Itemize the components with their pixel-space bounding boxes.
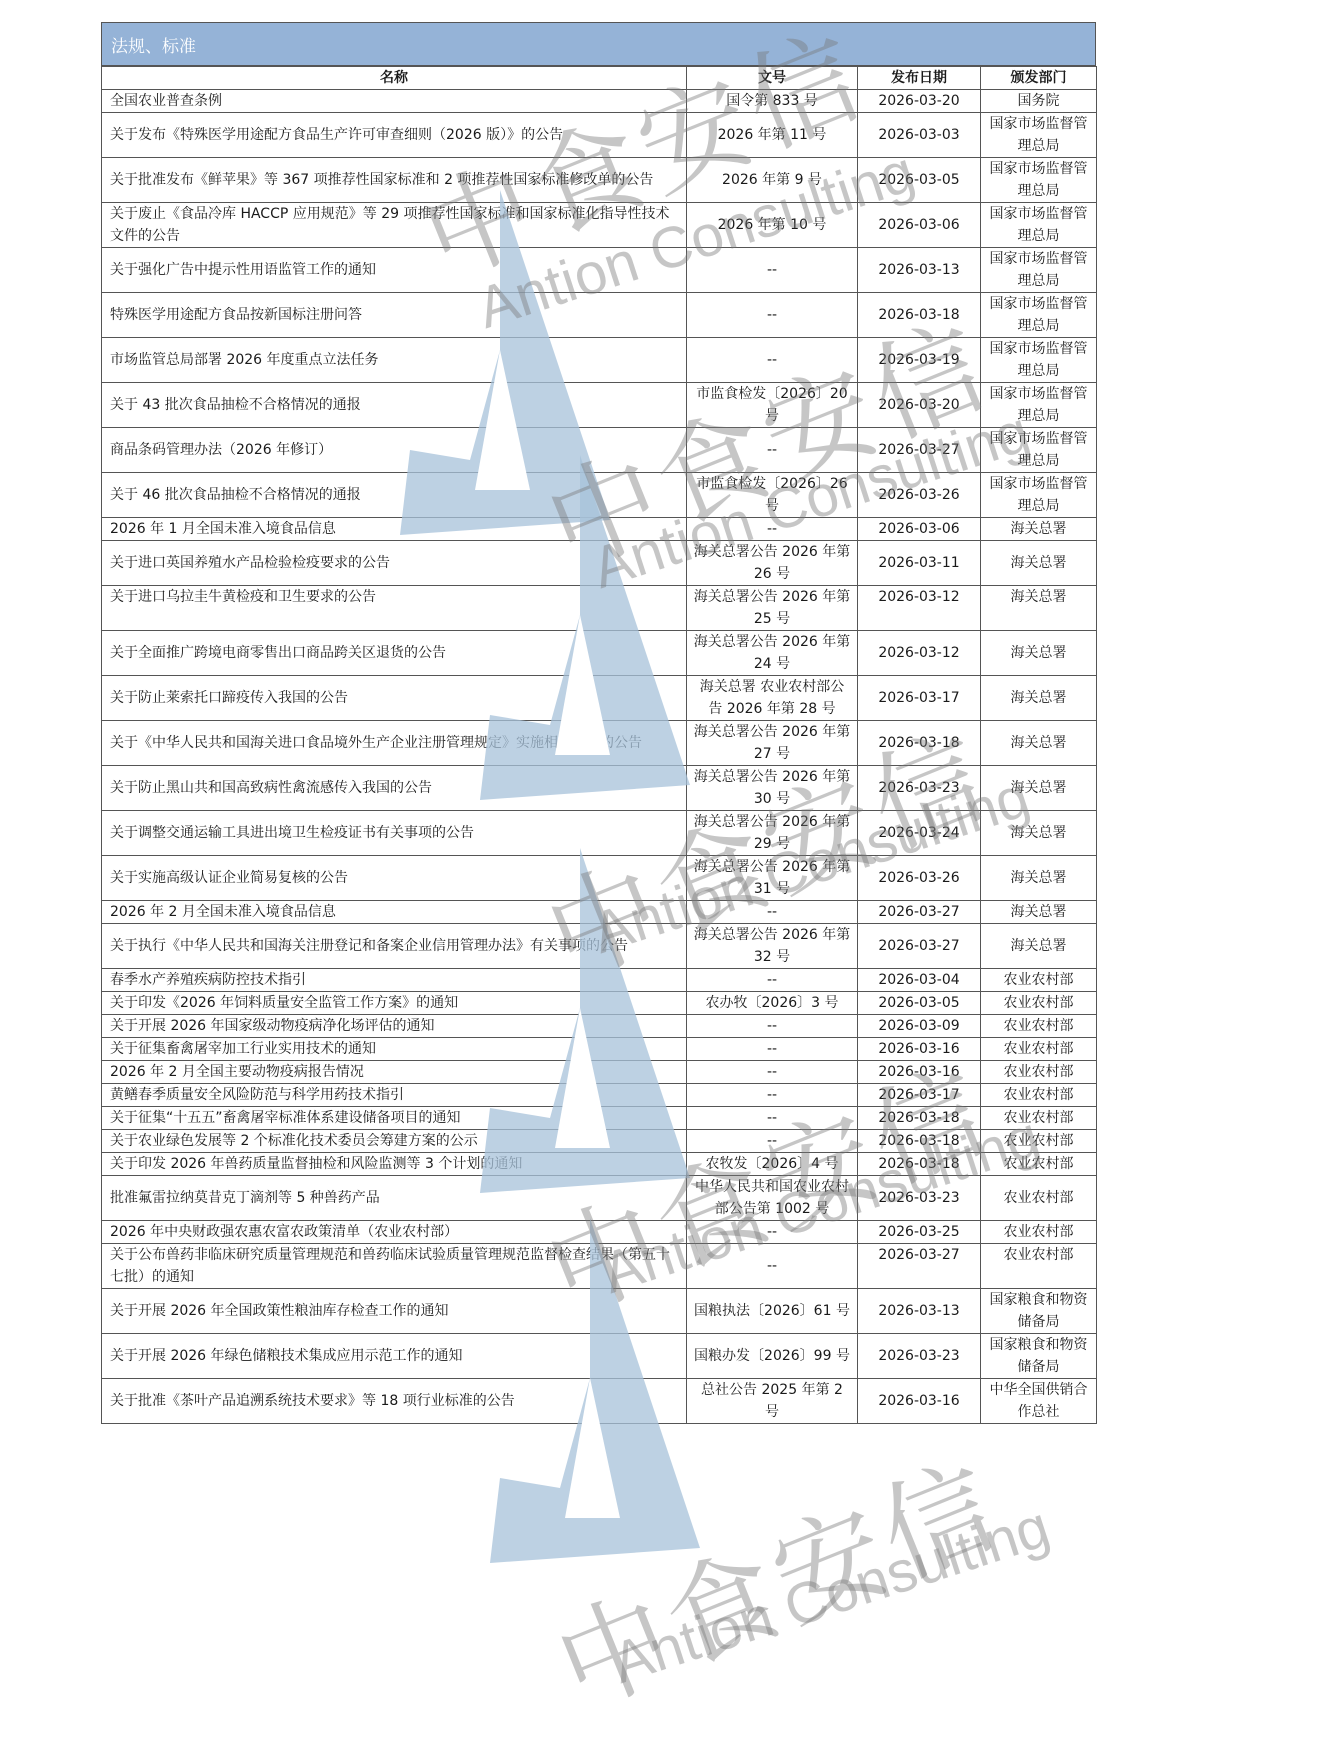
table-row: 关于印发《2026 年饲料质量安全监管工作方案》的通知农办牧〔2026〕3 号2… bbox=[102, 992, 1097, 1015]
row-name: 关于调整交通运输工具进出境卫生检疫证书有关事项的公告 bbox=[102, 811, 687, 856]
table-row: 春季水产养殖疾病防控技术指引--2026-03-04农业农村部 bbox=[102, 969, 1097, 992]
table-row: 关于批准发布《鲜苹果》等 367 项推荐性国家标准和 2 项推荐性国家标准修改单… bbox=[102, 158, 1097, 203]
row-name: 特殊医学用途配方食品按新国标注册问答 bbox=[102, 293, 687, 338]
row-name: 关于废止《食品冷库 HACCP 应用规范》等 29 项推荐性国家标准和国家标准化… bbox=[102, 203, 687, 248]
table-row: 关于执行《中华人民共和国海关注册登记和备案企业信用管理办法》有关事项的公告海关总… bbox=[102, 924, 1097, 969]
row-name: 关于征集“十五五”畜禽屠宰标准体系建设储备项目的通知 bbox=[102, 1107, 687, 1130]
row-dept: 海关总署 bbox=[981, 811, 1097, 856]
table-row: 市场监管总局部署 2026 年度重点立法任务--2026-03-19国家市场监督… bbox=[102, 338, 1097, 383]
row-date: 2026-03-20 bbox=[858, 90, 981, 113]
row-dept: 农业农村部 bbox=[981, 1084, 1097, 1107]
row-doc-no: -- bbox=[687, 338, 858, 383]
row-dept: 海关总署 bbox=[981, 541, 1097, 586]
row-dept: 国家粮食和物资储备局 bbox=[981, 1334, 1097, 1379]
table-row: 2026 年 2 月全国主要动物疫病报告情况--2026-03-16农业农村部 bbox=[102, 1061, 1097, 1084]
row-doc-no: 海关总署公告 2026 年第 25 号 bbox=[687, 586, 858, 631]
row-doc-no: -- bbox=[687, 293, 858, 338]
row-doc-no: 海关总署公告 2026 年第 29 号 bbox=[687, 811, 858, 856]
row-name: 2026 年 2 月全国主要动物疫病报告情况 bbox=[102, 1061, 687, 1084]
row-date: 2026-03-25 bbox=[858, 1221, 981, 1244]
row-doc-no: -- bbox=[687, 1084, 858, 1107]
row-name: 关于防止莱索托口蹄疫传入我国的公告 bbox=[102, 676, 687, 721]
column-header-dept: 颁发部门 bbox=[981, 67, 1097, 90]
row-date: 2026-03-12 bbox=[858, 586, 981, 631]
row-name: 关于公布兽药非临床研究质量管理规范和兽药临床试验质量管理规范监督检查结果（第五十… bbox=[102, 1244, 687, 1289]
row-dept: 中华全国供销合作总社 bbox=[981, 1379, 1097, 1424]
row-date: 2026-03-18 bbox=[858, 293, 981, 338]
table-row: 2026 年中央财政强农惠农富农政策清单（农业农村部）--2026-03-25农… bbox=[102, 1221, 1097, 1244]
row-dept: 海关总署 bbox=[981, 518, 1097, 541]
row-date: 2026-03-05 bbox=[858, 158, 981, 203]
row-dept: 海关总署 bbox=[981, 676, 1097, 721]
row-date: 2026-03-26 bbox=[858, 856, 981, 901]
row-doc-no: 海关总署公告 2026 年第 24 号 bbox=[687, 631, 858, 676]
row-dept: 农业农村部 bbox=[981, 1015, 1097, 1038]
row-date: 2026-03-11 bbox=[858, 541, 981, 586]
regulations-table: 名称 文号 发布日期 颁发部门 全国农业普查条例国令第 833 号2026-03… bbox=[101, 66, 1097, 1424]
row-name: 2026 年 1 月全国未准入境食品信息 bbox=[102, 518, 687, 541]
row-name: 关于执行《中华人民共和国海关注册登记和备案企业信用管理办法》有关事项的公告 bbox=[102, 924, 687, 969]
table-row: 关于开展 2026 年国家级动物疫病净化场评估的通知--2026-03-09农业… bbox=[102, 1015, 1097, 1038]
row-dept: 农业农村部 bbox=[981, 1107, 1097, 1130]
row-name: 关于发布《特殊医学用途配方食品生产许可审查细则（2026 版）》的公告 bbox=[102, 113, 687, 158]
row-date: 2026-03-18 bbox=[858, 1130, 981, 1153]
row-dept: 国家市场监督管理总局 bbox=[981, 158, 1097, 203]
row-doc-no: 中华人民共和国农业农村部公告第 1002 号 bbox=[687, 1176, 858, 1221]
row-date: 2026-03-12 bbox=[858, 631, 981, 676]
row-dept: 农业农村部 bbox=[981, 992, 1097, 1015]
row-doc-no: -- bbox=[687, 1038, 858, 1061]
row-dept: 国务院 bbox=[981, 90, 1097, 113]
row-dept: 农业农村部 bbox=[981, 1221, 1097, 1244]
row-dept: 国家市场监督管理总局 bbox=[981, 113, 1097, 158]
table-row: 关于征集“十五五”畜禽屠宰标准体系建设储备项目的通知--2026-03-18农业… bbox=[102, 1107, 1097, 1130]
table-row: 关于废止《食品冷库 HACCP 应用规范》等 29 项推荐性国家标准和国家标准化… bbox=[102, 203, 1097, 248]
row-doc-no: -- bbox=[687, 1244, 858, 1289]
row-name: 春季水产养殖疾病防控技术指引 bbox=[102, 969, 687, 992]
row-dept: 农业农村部 bbox=[981, 1038, 1097, 1061]
row-name: 关于开展 2026 年绿色储粮技术集成应用示范工作的通知 bbox=[102, 1334, 687, 1379]
row-date: 2026-03-27 bbox=[858, 1244, 981, 1289]
table-row: 关于开展 2026 年绿色储粮技术集成应用示范工作的通知国粮办发〔2026〕99… bbox=[102, 1334, 1097, 1379]
row-doc-no: 海关总署公告 2026 年第 26 号 bbox=[687, 541, 858, 586]
column-header-date: 发布日期 bbox=[858, 67, 981, 90]
table-row: 商品条码管理办法（2026 年修订）--2026-03-27国家市场监督管理总局 bbox=[102, 428, 1097, 473]
row-dept: 国家粮食和物资储备局 bbox=[981, 1289, 1097, 1334]
table-row: 关于公布兽药非临床研究质量管理规范和兽药临床试验质量管理规范监督检查结果（第五十… bbox=[102, 1244, 1097, 1289]
table-row: 关于强化广告中提示性用语监管工作的通知--2026-03-13国家市场监督管理总… bbox=[102, 248, 1097, 293]
table-row: 关于印发 2026 年兽药质量监督抽检和风险监测等 3 个计划的通知农牧发〔20… bbox=[102, 1153, 1097, 1176]
row-date: 2026-03-27 bbox=[858, 901, 981, 924]
row-doc-no: -- bbox=[687, 518, 858, 541]
row-name: 关于印发 2026 年兽药质量监督抽检和风险监测等 3 个计划的通知 bbox=[102, 1153, 687, 1176]
row-name: 关于征集畜禽屠宰加工行业实用技术的通知 bbox=[102, 1038, 687, 1061]
row-date: 2026-03-27 bbox=[858, 924, 981, 969]
row-date: 2026-03-13 bbox=[858, 1289, 981, 1334]
watermark-cn: 中食安信 bbox=[531, 1418, 1020, 1738]
row-doc-no: -- bbox=[687, 248, 858, 293]
table-row: 关于征集畜禽屠宰加工行业实用技术的通知--2026-03-16农业农村部 bbox=[102, 1038, 1097, 1061]
row-name: 关于 46 批次食品抽检不合格情况的通报 bbox=[102, 473, 687, 518]
row-dept: 国家市场监督管理总局 bbox=[981, 248, 1097, 293]
row-doc-no: 2026 年第 11 号 bbox=[687, 113, 858, 158]
row-name: 2026 年 2 月全国未准入境食品信息 bbox=[102, 901, 687, 924]
table-row: 关于全面推广跨境电商零售出口商品跨关区退货的公告海关总署公告 2026 年第 2… bbox=[102, 631, 1097, 676]
row-date: 2026-03-06 bbox=[858, 203, 981, 248]
table-row: 2026 年 1 月全国未准入境食品信息--2026-03-06海关总署 bbox=[102, 518, 1097, 541]
row-doc-no: 海关总署公告 2026 年第 31 号 bbox=[687, 856, 858, 901]
row-dept: 国家市场监督管理总局 bbox=[981, 203, 1097, 248]
row-date: 2026-03-17 bbox=[858, 1084, 981, 1107]
row-dept: 海关总署 bbox=[981, 901, 1097, 924]
row-date: 2026-03-23 bbox=[858, 766, 981, 811]
row-doc-no: 农办牧〔2026〕3 号 bbox=[687, 992, 858, 1015]
row-name: 关于实施高级认证企业简易复核的公告 bbox=[102, 856, 687, 901]
row-date: 2026-03-23 bbox=[858, 1334, 981, 1379]
row-name: 关于 43 批次食品抽检不合格情况的通报 bbox=[102, 383, 687, 428]
row-doc-no: 2026 年第 9 号 bbox=[687, 158, 858, 203]
watermark-en: Antion Consulting bbox=[604, 1493, 1057, 1697]
table-row: 全国农业普查条例国令第 833 号2026-03-20国务院 bbox=[102, 90, 1097, 113]
row-doc-no: 2026 年第 10 号 bbox=[687, 203, 858, 248]
table-row: 关于实施高级认证企业简易复核的公告海关总署公告 2026 年第 31 号2026… bbox=[102, 856, 1097, 901]
row-name: 关于全面推广跨境电商零售出口商品跨关区退货的公告 bbox=[102, 631, 687, 676]
table-row: 关于批准《茶叶产品追溯系统技术要求》等 18 项行业标准的公告总社公告 2025… bbox=[102, 1379, 1097, 1424]
row-dept: 国家市场监督管理总局 bbox=[981, 428, 1097, 473]
row-name: 关于进口乌拉圭牛黄检疫和卫生要求的公告 bbox=[102, 586, 687, 631]
row-date: 2026-03-16 bbox=[858, 1061, 981, 1084]
column-header-name: 名称 bbox=[102, 67, 687, 90]
row-name: 关于强化广告中提示性用语监管工作的通知 bbox=[102, 248, 687, 293]
row-date: 2026-03-24 bbox=[858, 811, 981, 856]
table-row: 关于防止黑山共和国高致病性禽流感传入我国的公告海关总署公告 2026 年第 30… bbox=[102, 766, 1097, 811]
section-title: 法规、标准 bbox=[101, 22, 1096, 66]
row-dept: 海关总署 bbox=[981, 586, 1097, 631]
row-dept: 海关总署 bbox=[981, 631, 1097, 676]
row-name: 关于批准《茶叶产品追溯系统技术要求》等 18 项行业标准的公告 bbox=[102, 1379, 687, 1424]
row-dept: 农业农村部 bbox=[981, 1061, 1097, 1084]
row-doc-no: -- bbox=[687, 969, 858, 992]
row-doc-no: 海关总署 农业农村部公告 2026 年第 28 号 bbox=[687, 676, 858, 721]
row-date: 2026-03-19 bbox=[858, 338, 981, 383]
row-dept: 国家市场监督管理总局 bbox=[981, 338, 1097, 383]
row-date: 2026-03-18 bbox=[858, 1153, 981, 1176]
row-name: 关于开展 2026 年全国政策性粮油库存检查工作的通知 bbox=[102, 1289, 687, 1334]
row-dept: 农业农村部 bbox=[981, 1153, 1097, 1176]
row-name: 市场监管总局部署 2026 年度重点立法任务 bbox=[102, 338, 687, 383]
row-date: 2026-03-16 bbox=[858, 1379, 981, 1424]
row-name: 关于进口英国养殖水产品检验检疫要求的公告 bbox=[102, 541, 687, 586]
row-doc-no: -- bbox=[687, 428, 858, 473]
row-date: 2026-03-13 bbox=[858, 248, 981, 293]
row-date: 2026-03-18 bbox=[858, 721, 981, 766]
row-date: 2026-03-18 bbox=[858, 1107, 981, 1130]
table-row: 关于 43 批次食品抽检不合格情况的通报市监食检发〔2026〕20 号2026-… bbox=[102, 383, 1097, 428]
table-row: 关于开展 2026 年全国政策性粮油库存检查工作的通知国粮执法〔2026〕61 … bbox=[102, 1289, 1097, 1334]
regulations-document: 法规、标准 名称 文号 发布日期 颁发部门 全国农业普查条例国令第 833 号2… bbox=[101, 22, 1096, 1424]
row-doc-no: 国粮办发〔2026〕99 号 bbox=[687, 1334, 858, 1379]
table-row: 关于《中华人民共和国海关进口食品境外生产企业注册管理规定》实施相关事宜的公告海关… bbox=[102, 721, 1097, 766]
table-row: 关于发布《特殊医学用途配方食品生产许可审查细则（2026 版）》的公告2026 … bbox=[102, 113, 1097, 158]
table-row: 2026 年 2 月全国未准入境食品信息--2026-03-27海关总署 bbox=[102, 901, 1097, 924]
table-row: 关于进口英国养殖水产品检验检疫要求的公告海关总署公告 2026 年第 26 号2… bbox=[102, 541, 1097, 586]
row-dept: 国家市场监督管理总局 bbox=[981, 293, 1097, 338]
row-doc-no: -- bbox=[687, 1015, 858, 1038]
row-doc-no: 总社公告 2025 年第 2 号 bbox=[687, 1379, 858, 1424]
row-dept: 农业农村部 bbox=[981, 1130, 1097, 1153]
row-name: 关于防止黑山共和国高致病性禽流感传入我国的公告 bbox=[102, 766, 687, 811]
row-name: 2026 年中央财政强农惠农富农政策清单（农业农村部） bbox=[102, 1221, 687, 1244]
row-dept: 海关总署 bbox=[981, 856, 1097, 901]
table-row: 黄鳝春季质量安全风险防范与科学用药技术指引--2026-03-17农业农村部 bbox=[102, 1084, 1097, 1107]
row-name: 全国农业普查条例 bbox=[102, 90, 687, 113]
row-dept: 农业农村部 bbox=[981, 969, 1097, 992]
row-date: 2026-03-20 bbox=[858, 383, 981, 428]
row-doc-no: 国令第 833 号 bbox=[687, 90, 858, 113]
row-doc-no: 海关总署公告 2026 年第 30 号 bbox=[687, 766, 858, 811]
row-name: 关于农业绿色发展等 2 个标准化技术委员会筹建方案的公示 bbox=[102, 1130, 687, 1153]
row-dept: 海关总署 bbox=[981, 924, 1097, 969]
row-doc-no: 海关总署公告 2026 年第 27 号 bbox=[687, 721, 858, 766]
table-row: 关于调整交通运输工具进出境卫生检疫证书有关事项的公告海关总署公告 2026 年第… bbox=[102, 811, 1097, 856]
row-date: 2026-03-26 bbox=[858, 473, 981, 518]
row-name: 黄鳝春季质量安全风险防范与科学用药技术指引 bbox=[102, 1084, 687, 1107]
row-name: 关于《中华人民共和国海关进口食品境外生产企业注册管理规定》实施相关事宜的公告 bbox=[102, 721, 687, 766]
row-doc-no: 海关总署公告 2026 年第 32 号 bbox=[687, 924, 858, 969]
row-date: 2026-03-17 bbox=[858, 676, 981, 721]
row-doc-no: -- bbox=[687, 901, 858, 924]
table-row: 特殊医学用途配方食品按新国标注册问答--2026-03-18国家市场监督管理总局 bbox=[102, 293, 1097, 338]
row-doc-no: 国粮执法〔2026〕61 号 bbox=[687, 1289, 858, 1334]
row-date: 2026-03-04 bbox=[858, 969, 981, 992]
table-row: 关于防止莱索托口蹄疫传入我国的公告海关总署 农业农村部公告 2026 年第 28… bbox=[102, 676, 1097, 721]
row-doc-no: 市监食检发〔2026〕26 号 bbox=[687, 473, 858, 518]
row-doc-no: -- bbox=[687, 1221, 858, 1244]
table-row: 批准氟雷拉纳莫昔克丁滴剂等 5 种兽药产品中华人民共和国农业农村部公告第 100… bbox=[102, 1176, 1097, 1221]
table-row: 关于 46 批次食品抽检不合格情况的通报市监食检发〔2026〕26 号2026-… bbox=[102, 473, 1097, 518]
row-dept: 农业农村部 bbox=[981, 1244, 1097, 1289]
row-date: 2026-03-09 bbox=[858, 1015, 981, 1038]
table-row: 关于进口乌拉圭牛黄检疫和卫生要求的公告海关总署公告 2026 年第 25 号20… bbox=[102, 586, 1097, 631]
row-date: 2026-03-06 bbox=[858, 518, 981, 541]
table-header-row: 名称 文号 发布日期 颁发部门 bbox=[102, 67, 1097, 90]
row-name: 关于印发《2026 年饲料质量安全监管工作方案》的通知 bbox=[102, 992, 687, 1015]
row-doc-no: -- bbox=[687, 1107, 858, 1130]
row-date: 2026-03-05 bbox=[858, 992, 981, 1015]
column-header-doc-no: 文号 bbox=[687, 67, 858, 90]
row-date: 2026-03-27 bbox=[858, 428, 981, 473]
row-doc-no: 农牧发〔2026〕4 号 bbox=[687, 1153, 858, 1176]
row-dept: 农业农村部 bbox=[981, 1176, 1097, 1221]
row-dept: 海关总署 bbox=[981, 721, 1097, 766]
table-row: 关于农业绿色发展等 2 个标准化技术委员会筹建方案的公示--2026-03-18… bbox=[102, 1130, 1097, 1153]
row-doc-no: -- bbox=[687, 1061, 858, 1084]
row-name: 商品条码管理办法（2026 年修订） bbox=[102, 428, 687, 473]
row-date: 2026-03-03 bbox=[858, 113, 981, 158]
row-dept: 海关总署 bbox=[981, 766, 1097, 811]
row-dept: 国家市场监督管理总局 bbox=[981, 473, 1097, 518]
row-name: 关于批准发布《鲜苹果》等 367 项推荐性国家标准和 2 项推荐性国家标准修改单… bbox=[102, 158, 687, 203]
row-name: 批准氟雷拉纳莫昔克丁滴剂等 5 种兽药产品 bbox=[102, 1176, 687, 1221]
row-dept: 国家市场监督管理总局 bbox=[981, 383, 1097, 428]
row-name: 关于开展 2026 年国家级动物疫病净化场评估的通知 bbox=[102, 1015, 687, 1038]
row-date: 2026-03-23 bbox=[858, 1176, 981, 1221]
row-doc-no: -- bbox=[687, 1130, 858, 1153]
row-doc-no: 市监食检发〔2026〕20 号 bbox=[687, 383, 858, 428]
row-date: 2026-03-16 bbox=[858, 1038, 981, 1061]
